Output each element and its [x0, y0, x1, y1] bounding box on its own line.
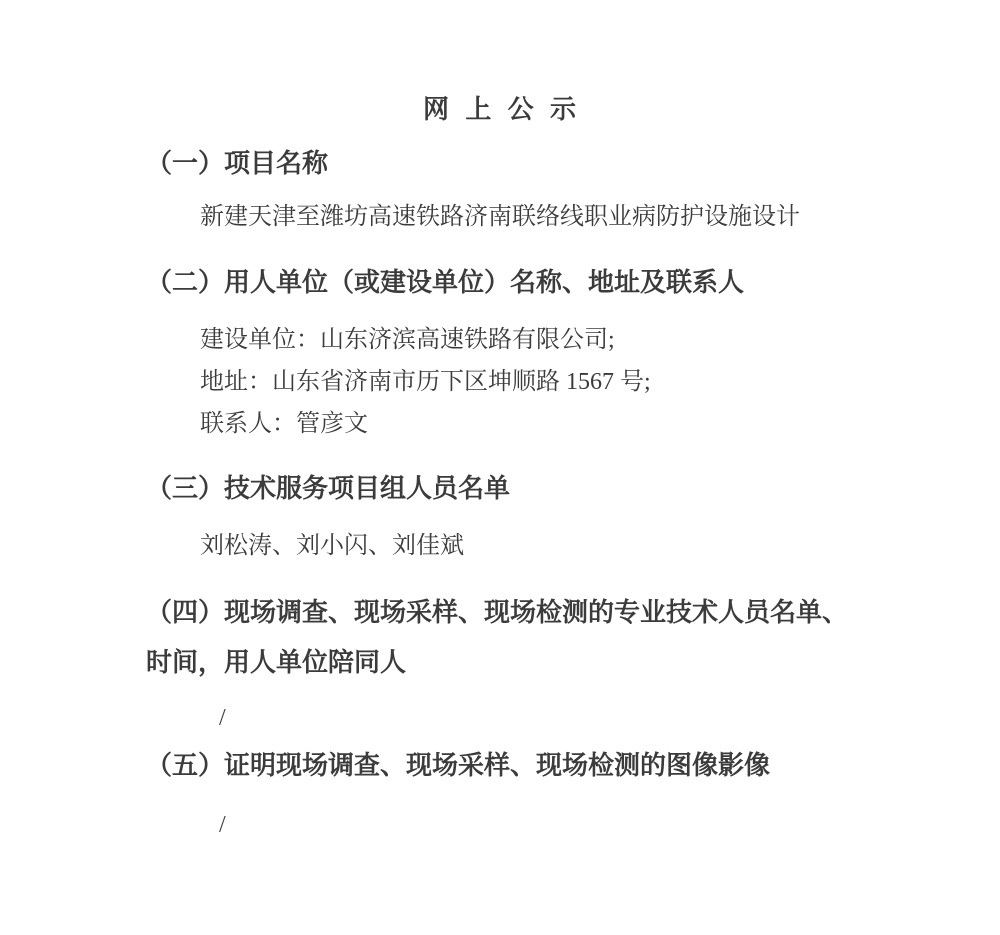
contact-line: 联系人：管彦文: [200, 409, 368, 441]
construction-unit-line: 建设单位：山东济滨高速铁路有限公司;: [200, 325, 615, 357]
section-1-heading: （一）项目名称: [146, 147, 328, 181]
project-name: 新建天津至潍坊高速铁路济南联络线职业病防护设施设计: [200, 202, 800, 234]
document-title: 网 上 公 示: [0, 93, 1000, 127]
section-5-placeholder-slash: /: [219, 810, 226, 842]
section-4-placeholder-slash: /: [219, 703, 226, 735]
address-line: 地址：山东省济南市历下区坤顺路 1567 号;: [200, 367, 651, 399]
section-3-heading: （三）技术服务项目组人员名单: [146, 472, 510, 506]
section-4-heading-line-1: （四）现场调查、现场采样、现场检测的专业技术人员名单、: [146, 596, 848, 630]
section-5-heading: （五）证明现场调查、现场采样、现场检测的图像影像: [146, 749, 770, 783]
section-4-heading-line-2: 时间，用人单位陪同人: [146, 646, 406, 680]
document-page: 网 上 公 示 （一）项目名称 新建天津至潍坊高速铁路济南联络线职业病防护设施设…: [0, 0, 1000, 935]
team-members-line: 刘松涛、刘小闪、刘佳斌: [200, 531, 464, 563]
section-2-heading: （二）用人单位（或建设单位）名称、地址及联系人: [146, 266, 744, 300]
